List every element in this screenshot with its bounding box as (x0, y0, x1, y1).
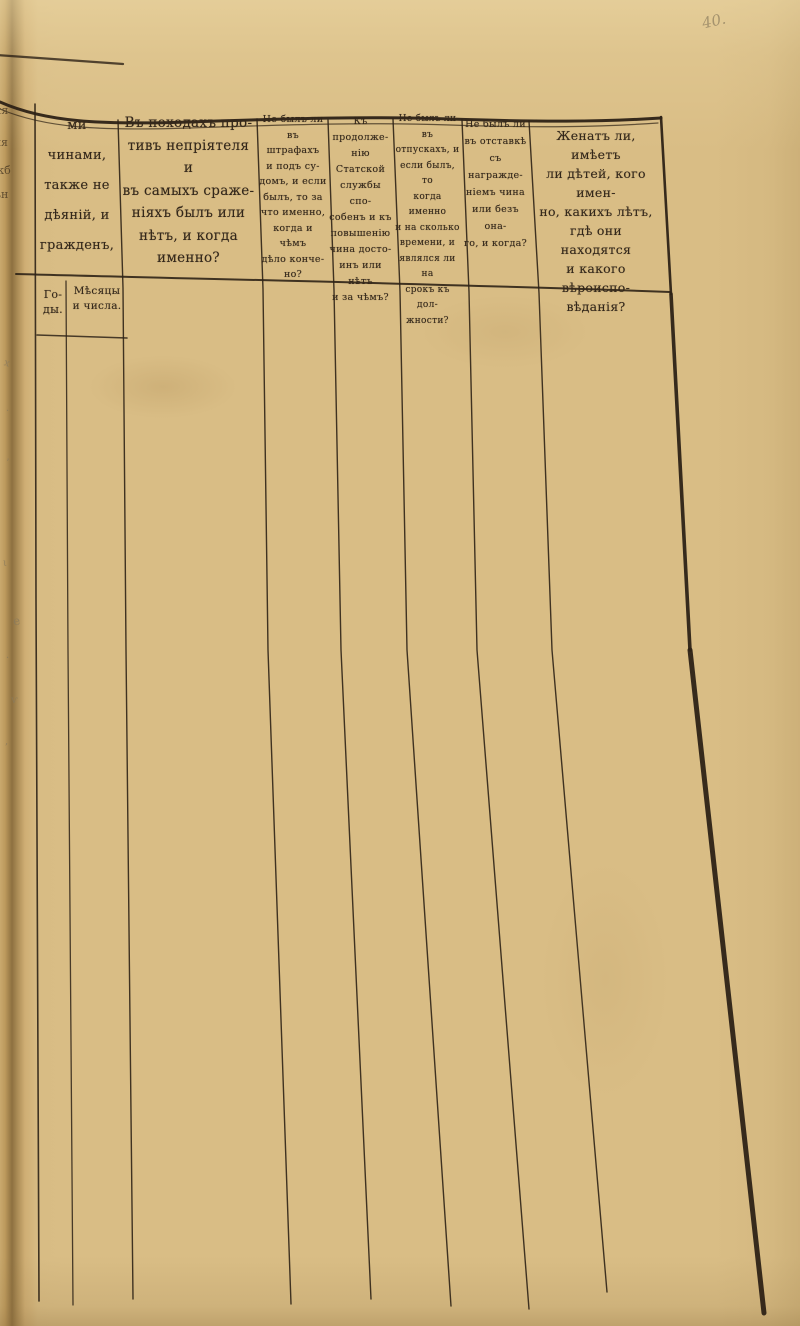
margin-pencil-mark: ѵ (11, 695, 18, 706)
table-right-border-mid (671, 294, 690, 650)
column-header-leaves: Не былъ ли въ отпускахъ, и если былъ, то… (394, 112, 461, 329)
column-divider-years-months (66, 281, 73, 1305)
column-divider-2 (257, 119, 291, 1304)
table-left-border (35, 104, 39, 1301)
margin-text-fragment: жб (0, 164, 14, 177)
subheader-months-days: Мѣсяцы и числа. (70, 284, 124, 314)
column-header-fitness: Къ продолже- нію Статской службы спо- со… (329, 114, 392, 306)
column-divider-5 (462, 120, 529, 1309)
margin-pencil-mark: · (6, 653, 9, 664)
scanned-document-page: 40. ми чинами, также не дѣяній, и гражде… (0, 0, 800, 1326)
column-header-campaigns: Въ походахъ про- тивъ непріятеля и въ са… (121, 112, 256, 270)
margin-text-fragment: ля (0, 136, 14, 149)
margin-pencil-mark: , (5, 736, 8, 747)
subheader-rule (37, 335, 127, 338)
table-right-border-low (690, 650, 764, 1313)
column-header-retirement: Не былъ ли въ отставкѣ съ награжде- ніем… (463, 116, 528, 252)
margin-pencil-mark: · (6, 406, 9, 417)
margin-pencil-mark: ι (3, 558, 7, 569)
margin-stray-line (0, 55, 123, 64)
column-header-family: Женатъ ли, имѣетъ ли дѣтей, кого имен- н… (533, 126, 659, 316)
margin-text-fragment: ня (0, 104, 14, 117)
subheader-years: Го- ды. (39, 287, 67, 317)
margin-pencil-mark: ʼ (6, 458, 9, 469)
margin-text-fragment: ън (0, 188, 14, 201)
table-right-border (661, 117, 671, 294)
column-header-penalties: Не былъ ли въ штрафахъ и подъ су- домъ, … (259, 112, 327, 283)
column-header-ranks-fragment: ми чинами, также не дѣяній, и гражденъ, (38, 111, 116, 261)
